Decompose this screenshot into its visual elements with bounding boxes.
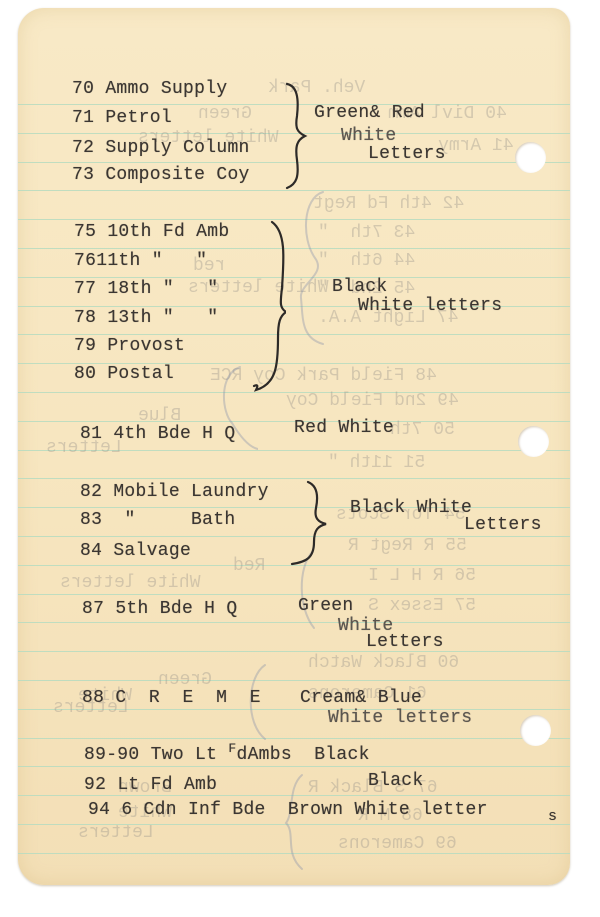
binder-hole [515, 142, 546, 173]
entry-row: 94 6 Cdn Inf Bde Brown White letter [88, 800, 488, 820]
entry-row: 89-90 Two Lt FdAmbs Black [84, 741, 370, 765]
color-note: Cream& Blue [300, 688, 422, 708]
entry-number: 70 [72, 79, 94, 99]
bleed-through-text: 69 Camerons [338, 834, 457, 854]
color-note: Green [298, 596, 354, 616]
color-note: Black [368, 771, 424, 791]
entry-row: 77 18th " " [74, 279, 218, 299]
entry-unit: Petrol [105, 108, 172, 128]
entry-number: 75 [74, 222, 96, 242]
entry-unit: 6 Cdn Inf Bde [121, 800, 265, 820]
entry-row: 73 Composite Coy [72, 165, 250, 185]
bleed-through-text: Letters [78, 823, 154, 843]
entry-number: 77 [74, 279, 96, 299]
entry-row: 87 5th Bde H Q [82, 599, 237, 619]
entry-unit-rest: dAmbs [236, 745, 292, 765]
entry-number: 94 [88, 800, 110, 820]
bleed-through-text: Green [198, 104, 252, 124]
color-note: Black White [350, 498, 472, 518]
color-note: Letters [366, 632, 444, 652]
entry-unit: Two Lt [151, 745, 218, 765]
entry-number: 73 [72, 165, 94, 185]
bracket-icon [283, 80, 313, 192]
bleed-through-text: 51 11th " [328, 453, 425, 473]
entry-number: 83 [80, 510, 102, 530]
bleed-through-brace [280, 773, 310, 873]
bleed-through-text: 60 Black Watch [308, 653, 459, 673]
entry-number: 78 [74, 308, 96, 328]
bleed-through-text: 55 R Regt R [348, 536, 467, 556]
entry-number: 84 [80, 541, 102, 561]
entry-unit: 18th " " [107, 279, 218, 299]
entry-row: 84 Salvage [80, 541, 191, 561]
color-note: White letters [358, 296, 502, 316]
entry-row: 83 " Bath [80, 510, 235, 530]
bleed-through-text: 42 4th Fd Regt [313, 194, 464, 214]
color-note: Brown White letter [288, 800, 488, 820]
color-note-tail: s [548, 808, 557, 825]
ruled-line [18, 766, 570, 767]
bleed-through-text: Blue [138, 406, 181, 426]
bleed-through-text: 50 7th [390, 420, 455, 440]
entry-row: 7611th " " [74, 251, 207, 271]
entry-unit: 10th Fd Amb [107, 222, 229, 242]
entry-row: 75 10th Fd Amb [74, 222, 229, 242]
ruled-line [18, 738, 570, 739]
entry-number: 72 [72, 138, 94, 158]
entry-number: 80 [74, 364, 96, 384]
entry-unit: " Bath [124, 510, 235, 530]
entry-row: 82 Mobile Laundry [80, 482, 269, 502]
color-note: Green& Red [314, 103, 425, 123]
entry-number: 88 [82, 688, 104, 708]
entry-row: 71 Petrol [72, 108, 172, 128]
entry-row: 92 Lt Fd Amb [84, 775, 217, 795]
entry-number: 81 [80, 424, 102, 444]
bleed-through-brace [293, 188, 333, 348]
entry-row: 79 Provost [74, 336, 185, 356]
entry-unit: Lt Fd Amb [117, 775, 217, 795]
binder-hole [518, 426, 549, 457]
entry-unit: Supply Column [105, 138, 249, 158]
bleed-through-text: 57 Essex S [368, 596, 476, 616]
entry-unit: Postal [107, 364, 174, 384]
entry-number: 79 [74, 336, 96, 356]
entry-unit: 13th " " [107, 308, 218, 328]
bleed-through-text: Green [158, 670, 212, 690]
binder-hole [520, 715, 551, 746]
color-note: Black [332, 277, 388, 297]
entry-unit: 4th Bde H Q [113, 424, 235, 444]
color-note: Black [314, 745, 370, 765]
entry-number: 71 [72, 108, 94, 128]
entry-unit: Salvage [113, 541, 191, 561]
entry-unit: Provost [107, 336, 185, 356]
entry-unit: 11th " " [96, 251, 207, 271]
entry-unit: Mobile Laundry [113, 482, 268, 502]
entry-unit: 5th Bde H Q [115, 599, 237, 619]
entry-unit: Ammo Supply [105, 79, 227, 99]
entry-unit: C R E M E [115, 688, 266, 708]
bleed-through-text: White letters [60, 573, 200, 593]
bracket-icon [236, 218, 286, 396]
bleed-through-text: 56 R H L I [368, 566, 476, 586]
entry-number: 82 [80, 482, 102, 502]
entry-row: 72 Supply Column [72, 138, 250, 158]
entry-row: 81 4th Bde H Q [80, 424, 235, 444]
entry-row: 70 Ammo Supply [72, 79, 227, 99]
color-note: White letters [328, 708, 472, 728]
ruled-line [18, 680, 570, 681]
entry-unit: Composite Coy [105, 165, 249, 185]
ruled-line [18, 651, 570, 652]
index-card: Veh. Park 40 Divl Amm Green White letter… [18, 8, 570, 885]
bleed-through-text: 41 Army [438, 136, 514, 156]
entry-row: 78 13th " " [74, 308, 218, 328]
bleed-through-text: Red [233, 556, 265, 576]
entry-number: 92 [84, 775, 106, 795]
color-note: Letters [464, 515, 542, 535]
bracket-icon [288, 478, 330, 568]
entry-number: 89-90 [84, 745, 140, 765]
entry-row: 88 C R E M E [82, 688, 267, 708]
color-note: Letters [368, 144, 446, 164]
entry-row: 80 Postal [74, 364, 174, 384]
entry-number: 87 [82, 599, 104, 619]
entry-number: 76 [74, 251, 96, 271]
bleed-through-text: 49 2nd Field Coy [286, 391, 459, 411]
color-note: White [341, 126, 397, 146]
color-note: Red White [294, 418, 394, 438]
